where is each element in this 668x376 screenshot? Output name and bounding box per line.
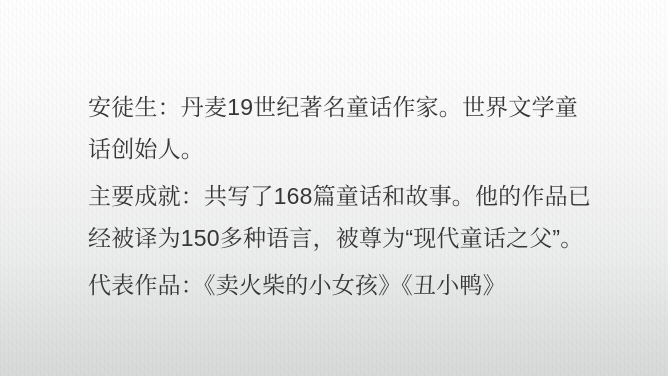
text-line: 话创始人。 (88, 128, 620, 170)
text-line: 代表作品：《卖火柴的小女孩》《丑小鸭》 (88, 264, 620, 306)
text-line: 主要成就：共写了168篇童话和故事。他的作品已 (88, 175, 620, 217)
paragraph-representative-works: 代表作品：《卖火柴的小女孩》《丑小鸭》 (88, 264, 620, 306)
paragraph-achievements: 主要成就：共写了168篇童话和故事。他的作品已 经被译为150多种语言，被尊为“… (88, 175, 620, 259)
presentation-slide: 安徒生：丹麦19世纪著名童话作家。世界文学童 话创始人。 主要成就：共写了168… (0, 0, 668, 376)
text-line: 安徒生：丹麦19世纪著名童话作家。世界文学童 (88, 86, 620, 128)
slide-text-block: 安徒生：丹麦19世纪著名童话作家。世界文学童 话创始人。 主要成就：共写了168… (88, 86, 620, 311)
paragraph-author-intro: 安徒生：丹麦19世纪著名童话作家。世界文学童 话创始人。 (88, 86, 620, 170)
text-line: 经被译为150多种语言，被尊为“现代童话之父”。 (88, 217, 620, 259)
